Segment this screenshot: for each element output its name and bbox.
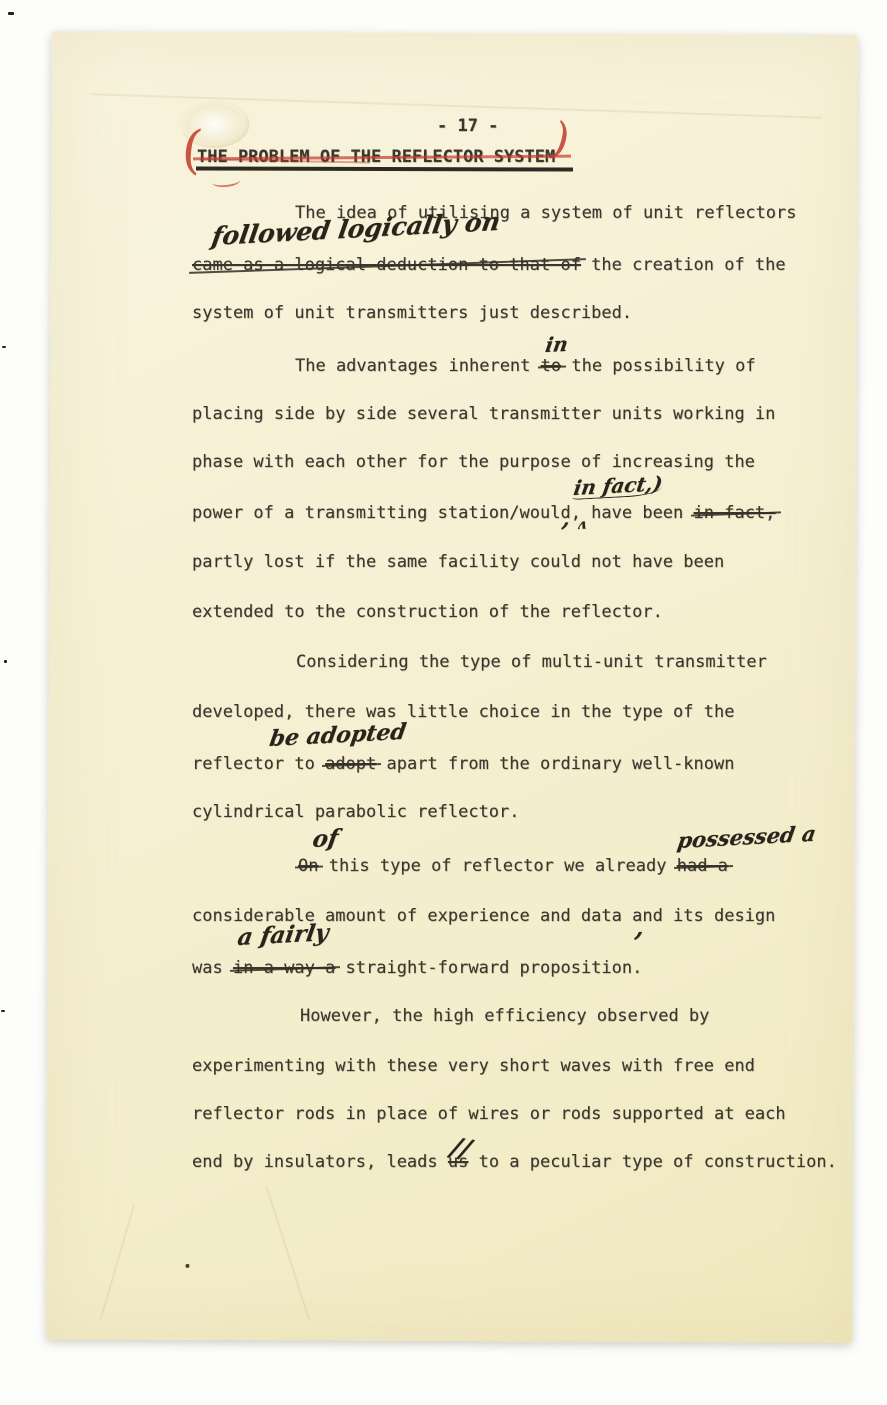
struck-text-segment: On <box>298 856 318 876</box>
document-scan: - 17 - ( THE PROBLEM OF THE REFLECTOR SY… <box>0 0 887 1405</box>
struck-text-segment: had a <box>677 856 728 876</box>
struck-text-segment: came as a logical deduction to that of <box>192 255 581 275</box>
dust-speck <box>4 660 7 663</box>
typed-text-segment: extended to the construction of the refl… <box>192 602 663 622</box>
typed-text-segment: the creation of the <box>581 255 786 275</box>
paper-crease <box>100 1204 135 1320</box>
struck-text-segment: adopt <box>325 754 376 774</box>
typed-line: partly lost if the same facility could n… <box>192 552 724 572</box>
typed-line: phase with each other for the purpose of… <box>192 452 755 472</box>
struck-text-segment: to <box>541 356 561 376</box>
typed-line: cylindrical parabolic reflector. <box>192 802 520 822</box>
typed-text-segment: However, the high efficiency observed by <box>300 1006 709 1026</box>
handwritten-insert: be adopted <box>268 721 408 750</box>
typed-text-segment: developed, there was little choice in th… <box>192 702 734 722</box>
paper-speck <box>185 1264 189 1268</box>
typed-text-segment: reflector rods in place of wires or rods… <box>192 1104 786 1124</box>
typed-text-segment: system of unit transmitters just describ… <box>192 303 632 323</box>
typed-line: reflector to adopt apart from the ordina… <box>192 754 734 774</box>
typed-text-segment: was <box>192 958 233 978</box>
typed-text-segment: phase with each other for the purpose of… <box>192 452 755 472</box>
typed-line: developed, there was little choice in th… <box>192 702 734 722</box>
typed-text-segment: straight-forward proposition. <box>335 958 642 978</box>
dust-speck <box>1 1010 5 1012</box>
typed-line: came as a logical deduction to that of t… <box>192 255 786 275</box>
dust-speck <box>8 12 14 15</box>
typed-line: extended to the construction of the refl… <box>192 602 663 622</box>
typed-text-segment: end by insulators, leads <box>192 1152 448 1172</box>
paper-crease <box>265 1185 310 1319</box>
typed-line: Considering the type of multi-unit trans… <box>296 652 767 672</box>
typed-text-segment: power of a transmitting station/would, h… <box>192 503 694 523</box>
typed-line: experimenting with these very short wave… <box>192 1056 755 1076</box>
typed-line: reflector rods in place of wires or rods… <box>192 1104 786 1124</box>
typed-line: system of unit transmitters just describ… <box>192 303 632 323</box>
typed-line: end by insulators, leads us to a peculia… <box>192 1152 837 1172</box>
typed-line: was in a way a straight-forward proposit… <box>192 958 642 978</box>
dust-speck <box>2 346 6 348</box>
typed-text-segment: this type of reflector we already <box>318 856 676 876</box>
typed-line: However, the high efficiency observed by <box>300 1006 709 1026</box>
typed-line: power of a transmitting station/would, h… <box>192 503 775 523</box>
typed-text-segment: Considering the type of multi-unit trans… <box>296 652 767 672</box>
typed-text-segment: reflector to <box>192 754 325 774</box>
page-number: - 17 - <box>437 116 498 136</box>
typed-text-segment: partly lost if the same facility could n… <box>192 552 724 572</box>
typed-text-segment: cylindrical parabolic reflector. <box>192 802 520 822</box>
typed-line: On this type of reflector we already had… <box>298 856 728 876</box>
typed-line: The advantages inherent to the possibili… <box>295 356 756 376</box>
struck-text-segment: in a way a <box>233 958 335 978</box>
handwritten-insert: in <box>544 334 569 355</box>
struck-text-segment: in fact, <box>694 503 776 523</box>
typed-text-segment: to a peculiar type of construction. <box>468 1152 836 1172</box>
typed-text-segment: apart from the ordinary well-known <box>376 754 734 774</box>
typed-text-segment: The advantages inherent <box>295 356 541 376</box>
handwritten-insert: a fairly <box>236 921 330 949</box>
typed-line: placing side by side several transmitter… <box>192 404 775 424</box>
handwritten-insert: of <box>311 826 340 851</box>
typed-text-segment: the possibility of <box>561 356 755 376</box>
typed-text-segment: placing side by side several transmitter… <box>192 404 775 424</box>
typed-text-segment: experimenting with these very short wave… <box>192 1056 755 1076</box>
